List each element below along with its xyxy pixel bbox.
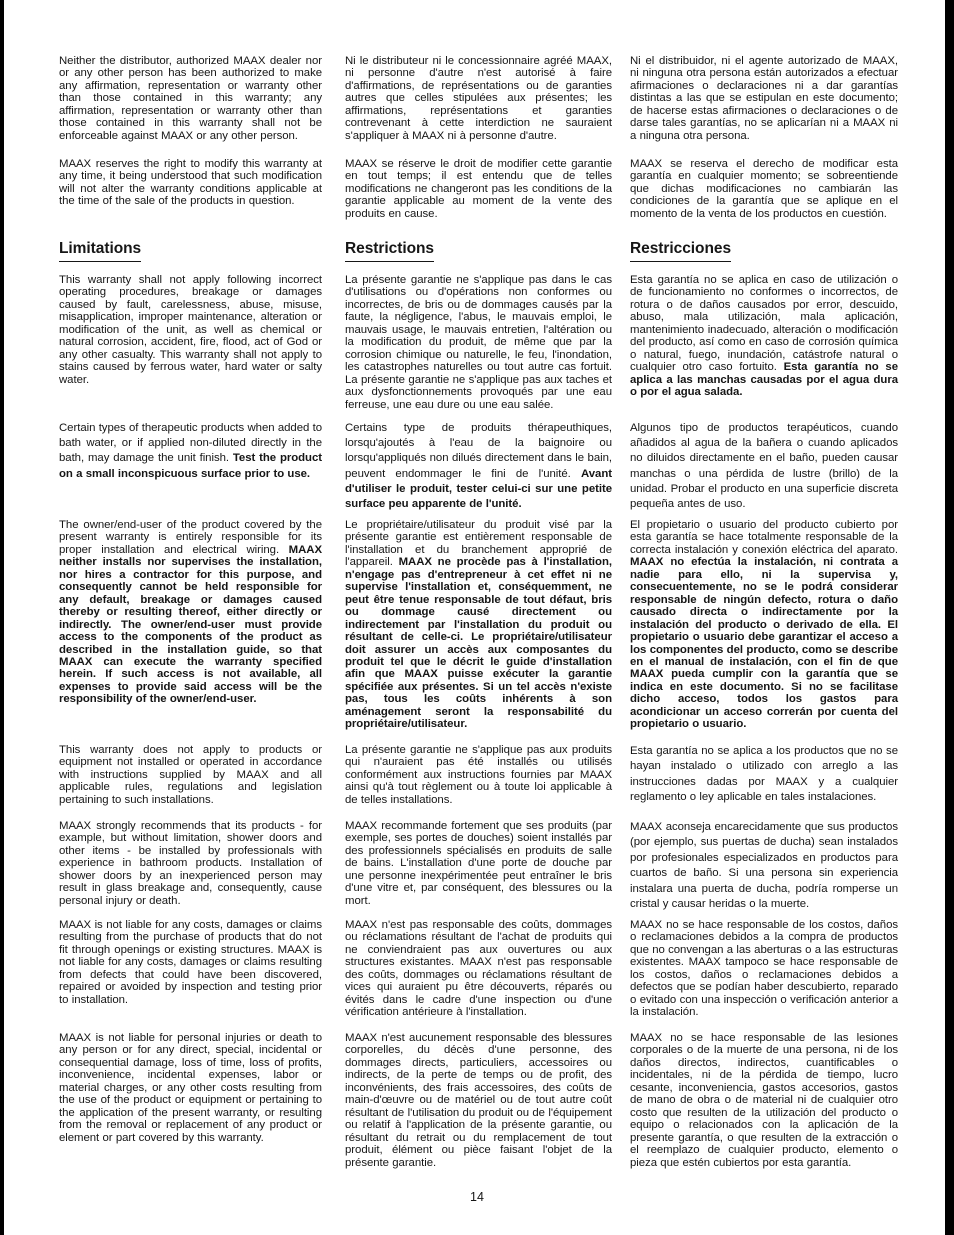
es-para-owner-text: El propietario o usuario del producto cu… — [630, 519, 898, 556]
scan-edge-right — [945, 0, 954, 1235]
warranty-document-page: Neither the distributor, authorized MAAX… — [0, 0, 954, 1235]
es-para-owner-bold: MAAX no efectúa la instalación, ni contr… — [630, 556, 898, 730]
fr-para-exclusions: La présente garantie ne s'applique pas d… — [345, 274, 612, 411]
heading-restrictions-text: Restrictions — [345, 240, 434, 262]
fr-para-exclusions-text: La présente garantie ne s'applique pas d… — [345, 274, 612, 411]
es-para-fit-and-defects: MAAX no se hace responsable de los costo… — [630, 919, 898, 1019]
es-para-modify-right: MAAX se reserva el derecho de modificar … — [630, 158, 898, 220]
en-para-no-other-warranty: Neither the distributor, authorized MAAX… — [59, 55, 322, 142]
es-para-owner-responsibility: El propietario o usuario del producto cu… — [630, 519, 898, 731]
fr-para-owner-bold: MAAX ne procède pas à l'installation, n'… — [345, 556, 612, 730]
fr-para-professional-installation: MAAX recommande fortement que ses produi… — [345, 820, 612, 907]
en-para-professional-installation: MAAX strongly recommends that its produc… — [59, 820, 322, 907]
en-para-installation-compliance: This warranty does not apply to products… — [59, 744, 322, 806]
column-french: Ni le distributeur ni le concessionnaire… — [345, 0, 612, 1235]
en-para-therapeutic-products: Certain types of therapeutic products wh… — [59, 421, 322, 482]
en-para-modify-right: MAAX reserves the right to modify this w… — [59, 158, 322, 208]
en-para-owner-responsibility: The owner/end-user of the product covere… — [59, 519, 322, 706]
en-para-liability-limits: MAAX is not liable for personal injuries… — [59, 1032, 322, 1144]
en-para-owner-bold: MAAX neither installs nor supervises the… — [59, 544, 322, 705]
es-para-therapeutic-text: Algunos tipo de productos terapéuticos, … — [630, 422, 898, 510]
es-para-professional-installation: MAAX aconseja encarecidamente que sus pr… — [630, 820, 898, 912]
es-para-therapeutic-products: Algunos tipo de productos terapéuticos, … — [630, 421, 898, 512]
column-spanish: Ni el distribuidor, ni el agente autoriz… — [630, 0, 898, 1235]
fr-para-fit-and-defects: MAAX n'est pas responsable des coûts, do… — [345, 919, 612, 1019]
fr-para-therapeutic-products: Certains type de produits thérapeuthique… — [345, 421, 612, 512]
fr-para-therapeutic-text: Certains type de produits thérapeuthique… — [345, 422, 612, 480]
heading-restricciones: Restricciones — [630, 240, 898, 262]
fr-para-installation-compliance: La présente garantie ne s'applique pas a… — [345, 744, 612, 806]
en-para-exclusions: This warranty shall not apply following … — [59, 274, 322, 386]
en-para-fit-and-defects: MAAX is not liable for any costs, damage… — [59, 919, 322, 1006]
fr-para-modify-right: MAAX se réserve le droit de modifier cet… — [345, 158, 612, 220]
heading-restricciones-text: Restricciones — [630, 240, 731, 262]
es-para-exclusions-text: Esta garantía no se aplica en caso de ut… — [630, 274, 898, 373]
es-para-liability-limits: MAAX no se hace responsable de las lesio… — [630, 1032, 898, 1169]
heading-restrictions: Restrictions — [345, 240, 612, 262]
column-english: Neither the distributor, authorized MAAX… — [59, 0, 322, 1235]
es-para-installation-compliance: Esta garantía no se aplica a los product… — [630, 744, 898, 806]
fr-para-liability-limits: MAAX n'est aucunement responsable des bl… — [345, 1032, 612, 1169]
fr-para-owner-responsibility: Le propriétaire/utilisateur du produit v… — [345, 519, 612, 731]
en-para-owner-text: The owner/end-user of the product covere… — [59, 519, 322, 556]
en-para-exclusions-text: This warranty shall not apply following … — [59, 274, 322, 386]
heading-limitations-text: Limitations — [59, 240, 141, 262]
es-para-exclusions: Esta garantía no se aplica en caso de ut… — [630, 274, 898, 399]
scan-edge-left — [0, 0, 4, 1235]
fr-para-no-other-warranty: Ni le distributeur ni le concessionnaire… — [345, 55, 612, 142]
page-number: 14 — [0, 1190, 954, 1204]
heading-limitations: Limitations — [59, 240, 322, 262]
es-para-no-other-warranty: Ni el distribuidor, ni el agente autoriz… — [630, 55, 898, 142]
